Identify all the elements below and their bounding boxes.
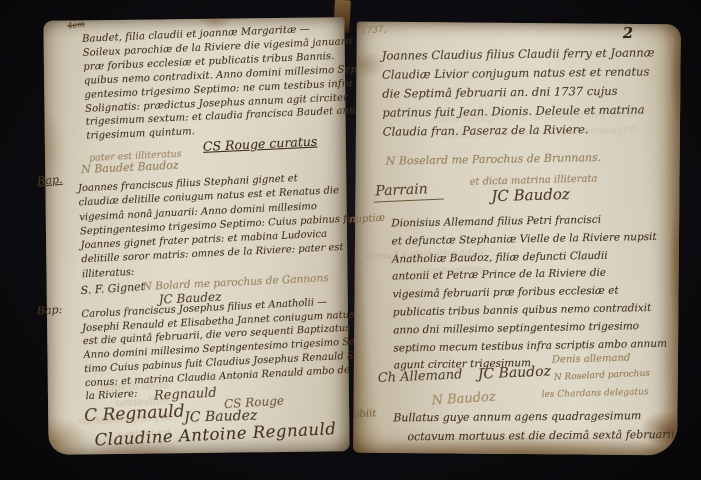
page-number: 2 [623,24,634,42]
scanner-background: anno domini millesimo septingentesimo tr… [0,0,701,480]
handwriting-line: octavum mortuus est die decimâ sextâ feb… [407,425,674,446]
record-baptism-ferry: Joannes Claudius filius Claudii ferry et… [382,43,656,141]
signature-gignet: S. F. Gignet [80,280,145,297]
margin-label-marriage: nuptiæ [349,213,386,226]
margin-label-baptism-2: Bap: [37,303,63,318]
signature-parrain: Parrain [373,181,444,203]
handwriting-line: Claudia fran. Paseraz de la Riviere. [383,119,656,141]
faded-signature-chardans: les Chardans delegatus [542,387,649,400]
signature-ch-allemand: Ch Allemand [378,367,463,386]
faded-signature-parochus: N Boselard me Parochus de Brunnans. [386,151,602,168]
record-death-guye: Bullatus guye annum agens quadragesimumo… [393,406,674,446]
signature-c-regnauld: C Regnauld [84,401,185,426]
manuscript-left-page: anno domini millesimo septingentesimo tr… [43,17,349,455]
faded-signature-baudoz-3: N Baudoz [431,390,496,409]
handwriting-line: Bullatus guye annum agens quadragesimum [393,406,674,427]
left-corner-mark: 4em [67,19,85,30]
margin-label-baptism-1: Bap. [37,173,63,188]
signature-baudoz-1: JC Baudoz [491,185,570,205]
right-corner-mark: 1737, [360,25,386,37]
signature-regnauld-small: Regnauld [154,386,217,404]
handwriting-line: patrinus fuit Jean. Dionis. Deleule et m… [382,100,655,122]
manuscript-right-page: publicatis tribus bannis quibus nemo ann… [353,22,681,456]
record-baptism-gignet: Joannes franciscus filius Stephani gigne… [78,169,363,282]
record-baptism-renauld: Carolus franciscus Josephus filius et An… [81,293,387,404]
margin-label-death: obiit [353,408,376,420]
signature-baudoz-2: JC Baudoz [478,363,552,382]
record-marriage-allemand: Dionisius Allemand filius Petri francisc… [391,211,667,376]
record-marriage-baudet: Baudet, filia claudii et joannæ Margarit… [82,20,373,144]
faded-signature-denis-allemand: Denis allemand [552,353,631,366]
